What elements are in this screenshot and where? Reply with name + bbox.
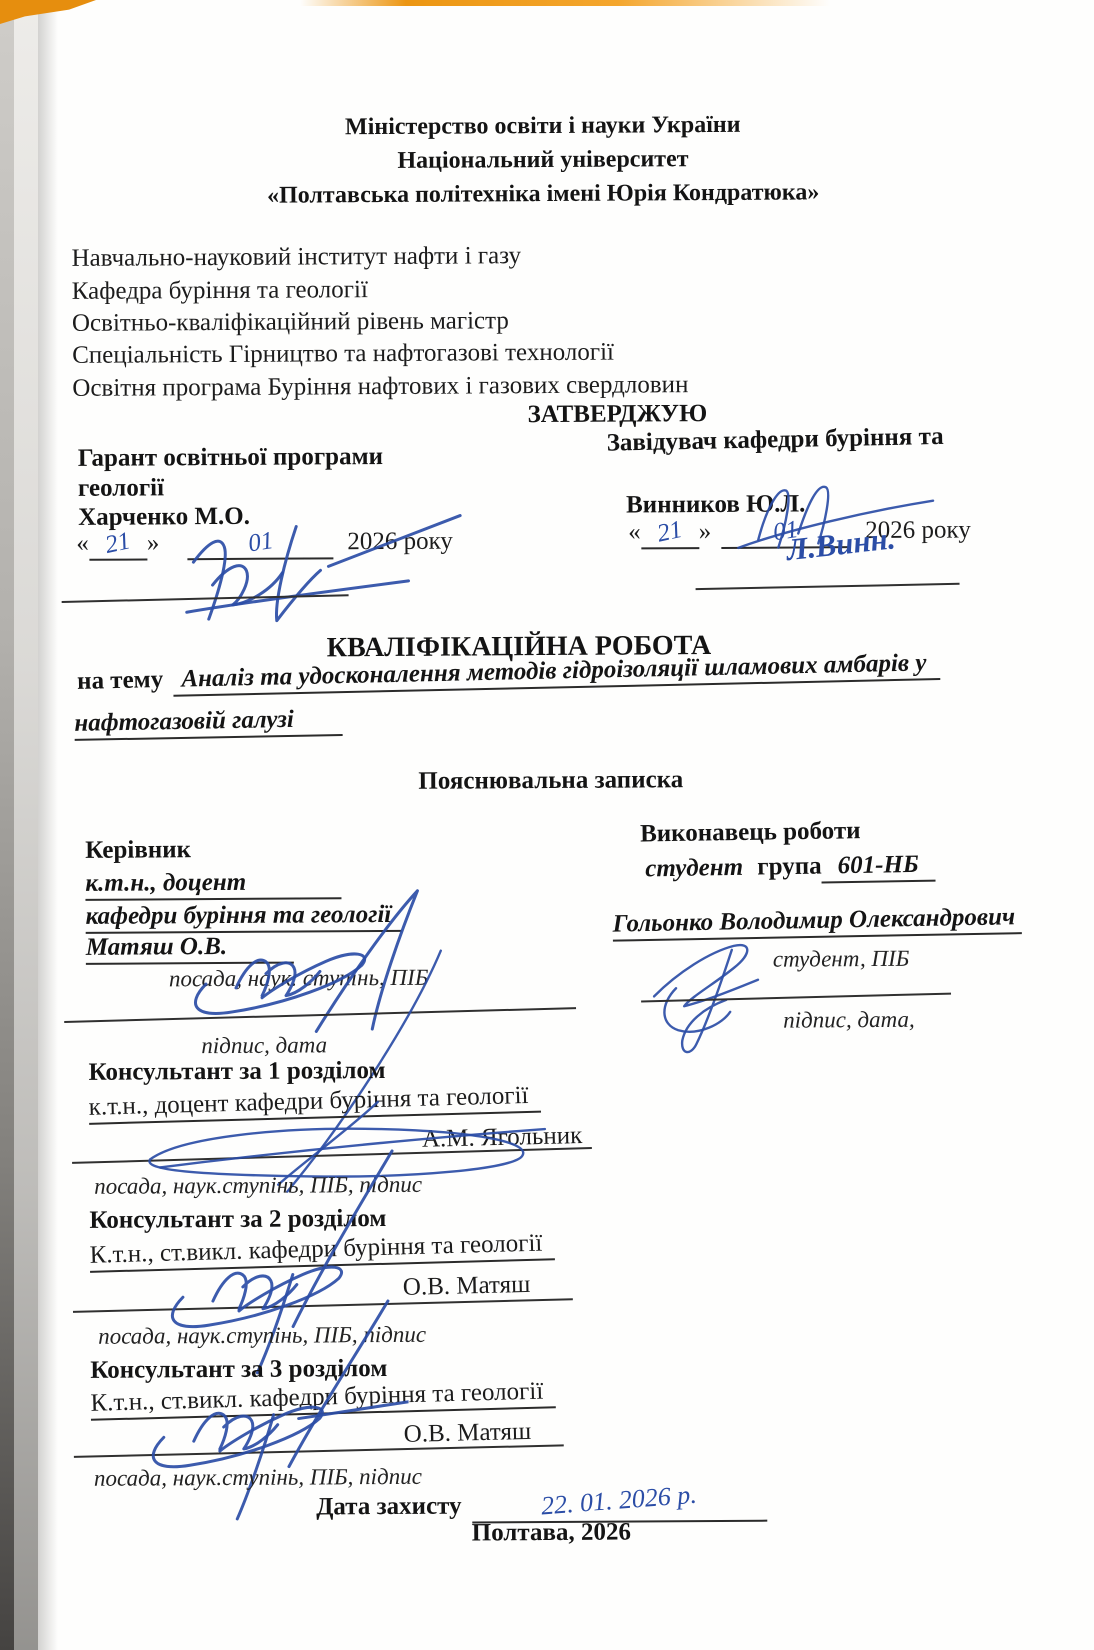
executor-caption-bottom: підпис, дата,: [783, 1006, 915, 1034]
group-label: група: [757, 852, 822, 880]
institute-line: Навчально-науковий інститут нафти і газу: [71, 241, 521, 273]
consultant-1-heading: Консультант за 1 розділом: [88, 1056, 385, 1087]
executor-signature: [634, 923, 810, 1054]
consultant-2-name: О.В. Матяш: [403, 1270, 531, 1302]
garant-role-overflow: геології: [78, 473, 164, 503]
head-of-department-role: Завідувач кафедри буріння та: [606, 422, 944, 458]
garant-day-handwritten: 21: [102, 526, 133, 560]
topic-label: на тему: [77, 666, 164, 695]
group-value: 601-НБ: [821, 850, 935, 883]
quote-open: «: [76, 529, 89, 559]
defense-date-handwritten: 22. 01. 2026 р.: [540, 1480, 698, 1522]
degree-level-line: Освітньо-кваліфікаційний рівень магістр: [72, 306, 509, 338]
head-signature-line: [696, 583, 960, 590]
consultant-3-caption: посада, наук.ступінь, ПІБ, підпис: [94, 1463, 422, 1492]
garant-role: Гарант освітньої програми: [78, 442, 383, 473]
executor-heading: Виконавець роботи: [640, 816, 861, 849]
ministry-line-1: Міністерство освіти і науки України: [0, 109, 1090, 144]
program-line: Освітня програма Буріння нафтових і газо…: [72, 370, 688, 403]
topic-text-line-2: нафтогазовій галузі: [74, 704, 342, 740]
ministry-line-2: Національний університет: [0, 143, 1090, 178]
quote-open: «: [628, 517, 641, 547]
city-year: Полтава, 2026: [4, 1515, 1094, 1551]
topic-row-2: нафтогазовій галузі: [74, 704, 342, 740]
consultant-3-name: О.В. Матяш: [403, 1417, 531, 1449]
scanned-title-page: Міністерство освіти і науки України Наці…: [0, 0, 1094, 1650]
approve-heading: ЗАТВЕРДЖУЮ: [527, 399, 707, 430]
head-day-field: 21: [641, 517, 699, 549]
department-line: Кафедра буріння та геології: [72, 275, 368, 306]
garant-signature: [178, 505, 469, 642]
subtitle: Пояснювальна записка: [4, 763, 1094, 799]
speciality-line: Спеціальність Гірництво та нафтогазові т…: [72, 338, 614, 371]
garant-day-field: 21: [89, 528, 147, 560]
supervisor-heading: Керівник: [85, 835, 191, 865]
university-name: «Полтавська політехніка імені Юрія Кондр…: [0, 177, 1090, 212]
head-day-handwritten: 21: [654, 515, 685, 549]
student-label: студент: [645, 854, 743, 883]
quote-close: »: [699, 517, 712, 547]
document-content: Міністерство освіти і науки України Наці…: [0, 0, 1094, 1650]
executor-group-row: студент група601-НБ: [645, 850, 935, 886]
quote-close: »: [147, 528, 160, 558]
defense-label: Дата захисту: [316, 1493, 462, 1521]
